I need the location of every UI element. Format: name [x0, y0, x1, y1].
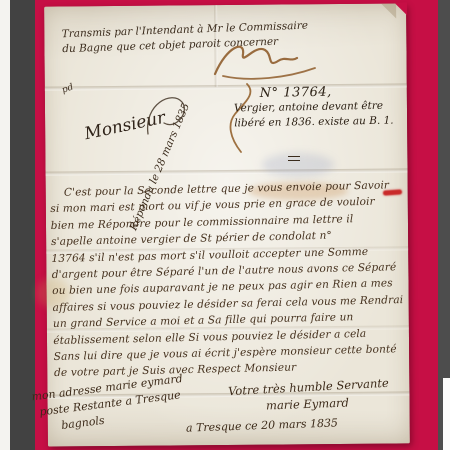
photo-edge-white-left: [0, 0, 10, 450]
double-underline-mark: [288, 156, 300, 161]
registration-line: libéré en 1836. existe au B. 1.: [234, 114, 394, 132]
photo-edge-white-right: [443, 378, 450, 450]
letter-photograph: Transmis par l'Intendant à Mr le Commiss…: [0, 0, 450, 450]
corner-fold-shadow: [381, 4, 396, 19]
fold-crease: [46, 168, 408, 175]
letter-body: C'est pour la Seconde lettre que je vous…: [50, 177, 408, 382]
registration-note: N° 13764, Vergier, antoine devant être l…: [234, 84, 394, 132]
sender-signature: marie Eymard: [266, 396, 349, 413]
signature-flourish: [205, 38, 320, 82]
photo-edge-gray-left: [10, 0, 35, 450]
